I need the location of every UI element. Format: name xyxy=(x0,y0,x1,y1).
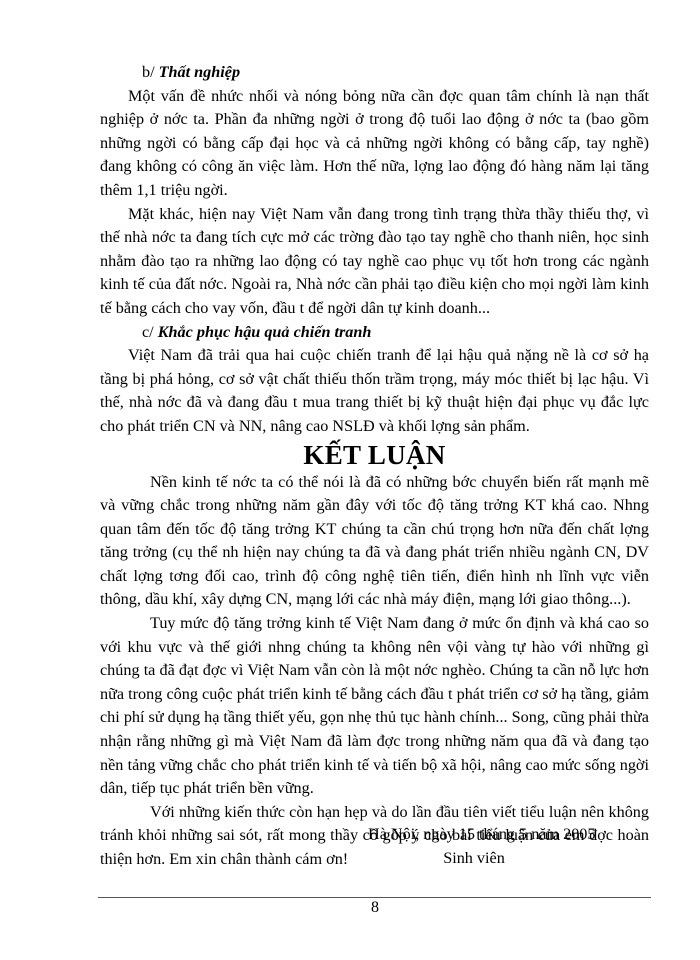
document-body: b/ Thất nghiệp Một vấn đề nhức nhối và n… xyxy=(100,61,649,872)
signature-block: Hà Nội, ngày 15 tháng 5 năm 2005 Sinh vi… xyxy=(368,822,608,870)
section-label: b/ xyxy=(142,63,159,81)
paragraph: Nền kinh tế nớc ta có thể nói là đã có n… xyxy=(100,471,649,613)
section-heading-war-recovery: c/ Khắc phục hậu quả chiến tranh xyxy=(100,321,649,345)
conclusion-title: KẾT LUẬN xyxy=(100,440,649,471)
signature-role: Sinh viên xyxy=(368,846,608,870)
paragraph: Một vấn đề nhức nhối và nóng bỏng nữa cầ… xyxy=(100,85,649,203)
footer-divider xyxy=(98,897,651,898)
section-heading-unemployment: b/ Thất nghiệp xyxy=(100,61,649,85)
paragraph: Việt Nam đã trải qua hai cuộc chiến tran… xyxy=(100,344,649,438)
section-title: Khắc phục hậu quả chiến tranh xyxy=(158,323,372,341)
signature-date: Hà Nội, ngày 15 tháng 5 năm 2005 xyxy=(368,822,608,846)
paragraph: Mặt khác, hiện nay Việt Nam vẫn đang tro… xyxy=(100,203,649,321)
page-number: 8 xyxy=(0,899,700,917)
section-label: c/ xyxy=(142,323,158,341)
document-page: b/ Thất nghiệp Một vấn đề nhức nhối và n… xyxy=(0,0,700,960)
section-title: Thất nghiệp xyxy=(159,63,240,81)
paragraph: Tuy mức độ tăng trởng kinh tế Việt Nam đ… xyxy=(100,612,649,801)
